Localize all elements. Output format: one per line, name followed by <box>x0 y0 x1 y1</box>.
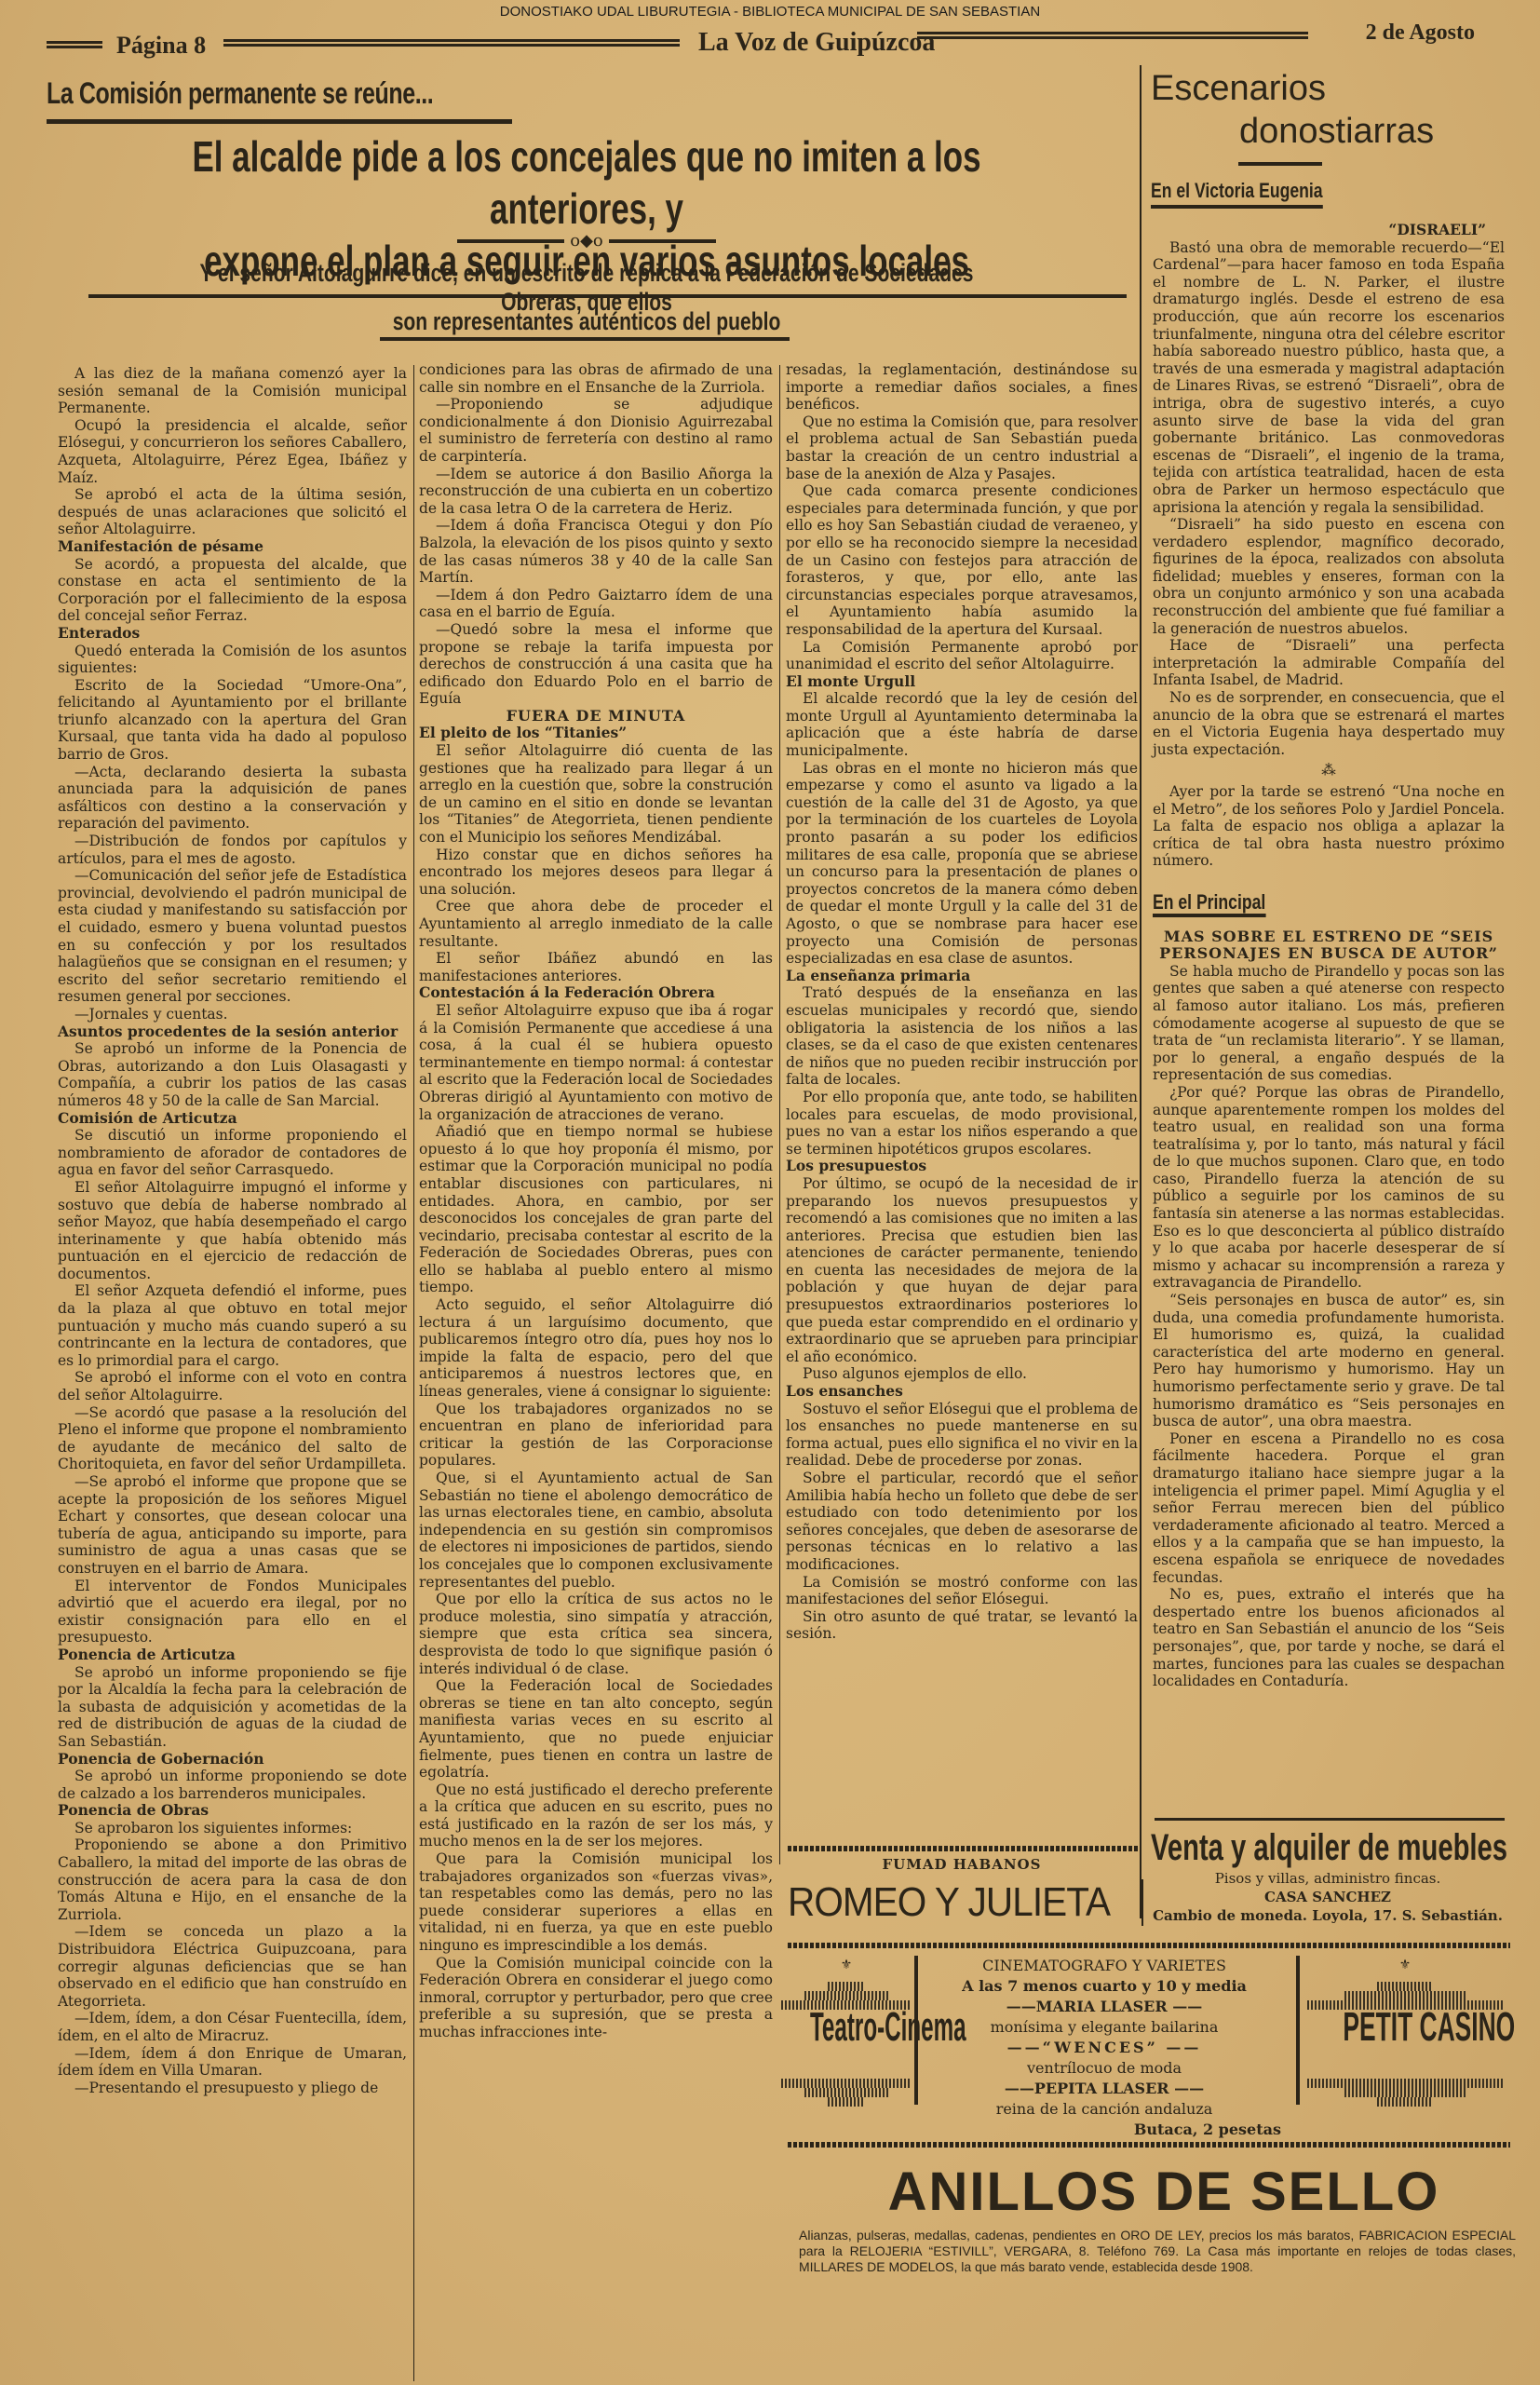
headline-line-1: El alcalde pide a los concejales que no … <box>176 130 997 235</box>
paragraph: Que los trabajadores organizados no se e… <box>419 1401 773 1470</box>
paragraph: La Comisión se mostró conforme con las m… <box>786 1574 1138 1608</box>
ornament-step <box>828 1982 865 1991</box>
paragraph: Que la Comisión municipal coincide con l… <box>419 1955 773 2041</box>
section-title-line-1: Escenarios <box>1151 67 1495 110</box>
ad-anillos-body: Alianzas, pulseras, medallas, cadenas, p… <box>799 2228 1516 2275</box>
paragraph: Sin otro asunto de qué tratar, se levant… <box>786 1608 1138 1643</box>
paragraph: Las obras en el monte no hicieron más qu… <box>786 760 1138 968</box>
ad-divider <box>1296 1956 1300 2105</box>
paragraph: Hace de “Disraeli” una perfecta interpre… <box>1153 637 1505 689</box>
section-title: Escenarios donostiarras <box>1151 67 1495 153</box>
review-title-seis-personajes: MAS SOBRE EL ESTRENO DE “SEIS PERSONAJES… <box>1153 928 1505 963</box>
act-3-name: PEPITA LLASER <box>1034 2080 1169 2097</box>
subsection-heading: La enseñanza primaria <box>786 968 1138 985</box>
ornament-step <box>781 2079 912 2088</box>
paragraph: Por ello proponía que, ante todo, se hab… <box>786 1089 1138 1158</box>
paragraph: —Jornales y cuentas. <box>58 1006 407 1023</box>
ornament-glyph: o◆o <box>570 231 603 251</box>
paragraph: El señor Altolaguirre dió cuenta de las … <box>419 742 773 847</box>
venue-heading-principal: En el Principal <box>1153 894 1265 917</box>
paragraph: Escrito de la Sociedad “Umore-Ona”, feli… <box>58 677 407 764</box>
title-rule <box>1238 162 1322 166</box>
ad-rule <box>788 1846 1138 1851</box>
program-price: Butaca, 2 pesetas <box>918 2120 1290 2140</box>
act-2-name: “WENCES” <box>1043 2039 1158 2056</box>
program-times: A las 7 menos cuarto y 10 y media <box>918 1976 1290 1997</box>
subsection-heading: Ponencia de Obras <box>58 1802 407 1820</box>
paragraph: resadas, la reglamentación, destinándose… <box>786 361 1138 413</box>
section-title-line-2: donostiarras <box>1151 110 1495 153</box>
ad-rule <box>788 1943 1510 1948</box>
program-act-3: PEPITA LLASER <box>918 2079 1290 2099</box>
subsection-heading: Contestación á la Federación Obrera <box>419 984 773 1002</box>
masthead: Página 8 La Voz de Guipúzcoa 2 de Agosto <box>47 20 1503 58</box>
paragraph: —Acta, declarando desierta la subasta an… <box>58 764 407 833</box>
paragraph: Añadió que en tiempo normal se hubiese o… <box>419 1123 773 1296</box>
subsection-heading: Los ensanches <box>786 1383 1138 1401</box>
paragraph: Que para la Comisión municipal los traba… <box>419 1850 773 1955</box>
paragraph: Que no está justificado el derecho prefe… <box>419 1782 773 1850</box>
subsection-heading: Asuntos procedentes de la sesión anterio… <box>58 1023 407 1041</box>
paragraph: El alcalde recordó que la ley de cesión … <box>786 690 1138 759</box>
review-body-disraeli: Bastó una obra de memorable recuerdo—“El… <box>1153 239 1505 759</box>
program-act-2-desc: ventrílocuo de moda <box>918 2058 1290 2079</box>
ad-petit-casino-name: PETIT CASINO <box>1343 2004 1466 2051</box>
paragraph: Sobre el particular, recordó que el seño… <box>786 1470 1138 1574</box>
paragraph: Cree que ahora debe de proceder el Ayunt… <box>419 898 773 950</box>
subsection-heading: Enterados <box>58 625 407 643</box>
paragraph: Puso algunos ejemplos de ello. <box>786 1365 1138 1383</box>
paragraph: Quedó enterada la Comisión de los asunto… <box>58 643 407 677</box>
ad-rule <box>788 2142 1510 2148</box>
ornament-step <box>828 2097 865 2107</box>
kicker-rule <box>47 119 512 124</box>
paragraph: Se acordó, a propuesta del alcalde, que … <box>58 556 407 625</box>
paragraph: Se habla mucho de Pirandello y pocas son… <box>1153 963 1505 1084</box>
paragraph: Sostuvo el señor Elósegui que el problem… <box>786 1401 1138 1470</box>
paragraph: Se aprobó el acta de la última sesión, d… <box>58 486 407 538</box>
paragraph: —Distribución de fondos por capítulos y … <box>58 833 407 867</box>
paragraph: Se aprobó un informe proponiendo se fije… <box>58 1664 407 1751</box>
paragraph: Se aprobaron los siguientes informes: <box>58 1820 407 1837</box>
issue-date: 2 de Agosto <box>1366 20 1475 46</box>
review-title-disraeli: “DISRAELI” <box>1153 222 1505 239</box>
masthead-rule <box>47 41 102 48</box>
article-column-1: A las diez de la mañana comenzó ayer la … <box>58 365 407 2096</box>
article-column-3: resadas, la reglamentación, destinándose… <box>786 361 1138 1643</box>
paragraph: —Proponiendo se adjudique condicionalmen… <box>419 396 773 465</box>
masthead-rule <box>917 32 1308 39</box>
paragraph: A las diez de la mañana comenzó ayer la … <box>58 365 407 417</box>
paragraph: Se discutió un informe proponiendo el no… <box>58 1127 407 1179</box>
subhead-rule <box>88 294 1127 298</box>
section-heading: FUERA DE MINUTA <box>419 708 773 725</box>
ornament-step <box>1307 2079 1503 2088</box>
paragraph: —Se acordó que pasase a la resolución de… <box>58 1404 407 1473</box>
column-divider <box>1140 65 1141 1918</box>
paragraph: El interventor de Fondos Municipales adv… <box>58 1578 407 1646</box>
article-kicker: La Comisión permanente se reúne... <box>47 76 433 111</box>
paragraph: Que no estima la Comisión que, para reso… <box>786 413 1138 482</box>
paragraph: Trató después de la enseñanza en las esc… <box>786 984 1138 1089</box>
ornament-step <box>804 1991 888 2000</box>
newspaper-name: La Voz de Guipúzcoa <box>698 28 935 58</box>
paragraph: Proponiendo se abone a don Primitivo Cab… <box>58 1836 407 1923</box>
paragraph: Poner en escena a Pirandello no es cosa … <box>1153 1430 1505 1586</box>
ad-teatro-cinema-name: Teatro-Cinema <box>810 2004 883 2051</box>
paragraph: —Presentando el presupuesto y pliego de <box>58 2080 407 2097</box>
fleuron-icon: ⚜ <box>841 1958 853 1972</box>
ad-venta-line-2: CASA SANCHEZ <box>1151 1888 1505 1906</box>
ad-teatro-cinema: ⚜ Teatro-Cinema <box>780 1956 912 2105</box>
ad-venta-muebles: Venta y alquiler de muebles Pisos y vill… <box>1151 1827 1505 1925</box>
paragraph: Se aprobó un informe de la Ponencia de O… <box>58 1040 407 1109</box>
program-act-1: MARIA LLASER <box>918 1997 1290 2017</box>
article-subhead-2: son representantes auténticos del pueblo <box>166 307 1008 336</box>
ad-romeo-brand: ROMEO Y JULIETA <box>788 1879 1110 1926</box>
subsection-heading: Los presupuestos <box>786 1158 1138 1175</box>
ornament-step <box>804 2088 888 2097</box>
paragraph: —Idem se conceda un plazo a la Distribui… <box>58 1923 407 2010</box>
column-divider <box>779 365 780 1864</box>
program-act-1-desc: monísima y elegante bailarina <box>918 2017 1290 2038</box>
act-1-name: MARIA LLASER <box>1036 1998 1168 2015</box>
ad-petit-casino: ⚜ PETIT CASINO <box>1302 1956 1508 2105</box>
paragraph: El señor Altolaguirre impugnó el informe… <box>58 1179 407 1283</box>
review-body-seis-personajes: Se habla mucho de Pirandello y pocas son… <box>1153 963 1505 1690</box>
subsection-heading: Ponencia de Articutza <box>58 1646 407 1664</box>
paragraph: —Quedó sobre la mesa el informe que prop… <box>419 621 773 708</box>
ad-romeo-kicker: FUMAD HABANOS <box>786 1856 1138 1873</box>
paragraph: El señor Azqueta defendió el informe, pu… <box>58 1282 407 1369</box>
paragraph: El señor Altolaguirre expuso que iba á r… <box>419 1002 773 1123</box>
paragraph: Que, si el Ayuntamiento actual de San Se… <box>419 1470 773 1591</box>
paragraph: Que por ello la crítica de sus actos no … <box>419 1591 773 1677</box>
article-column-2: condiciones para las obras de afirmado d… <box>419 361 773 2041</box>
paragraph: Por último, se ocupó de la necesidad de … <box>786 1175 1138 1366</box>
ornament-step <box>1344 1991 1466 2000</box>
paragraph: —Idem á doña Francisca Otegui y don Pío … <box>419 517 773 586</box>
paragraph: Ocupó la presidencia el alcalde, señor E… <box>58 417 407 486</box>
paragraph: No es, pues, extraño el interés que ha d… <box>1153 1586 1505 1690</box>
library-watermark: DONOSTIAKO UDAL LIBURUTEGIA - BIBLIOTECA… <box>0 4 1540 20</box>
paragraph: Bastó una obra de memorable recuerdo—“El… <box>1153 239 1505 517</box>
subsection-heading: El monte Urgull <box>786 673 1138 691</box>
paragraph: El señor Ibáñez abundó en las manifestac… <box>419 950 773 984</box>
paragraph: —Comunicación del señor jefe de Estadíst… <box>58 867 407 1006</box>
ad-venta-line-3: Cambio de moneda. Loyola, 17. S. Sebasti… <box>1151 1906 1505 1925</box>
paragraph: —Se aprobó el informe que propone que se… <box>58 1473 407 1578</box>
ad-venta-line-1: Pisos y villas, administro fincas. <box>1151 1869 1505 1888</box>
ornament-divider: o◆o <box>438 231 736 251</box>
subsection-heading: Comisión de Articutza <box>58 1110 407 1128</box>
subhead-rule <box>380 337 790 341</box>
paragraph: —Idem á don Pedro Gaiztarro ídem de una … <box>419 587 773 621</box>
ad-divider <box>1141 1879 1143 1926</box>
paragraph: ¿Por qué? Porque las obras de Pirandello… <box>1153 1084 1505 1292</box>
paragraph: Se aprobó el informe con el voto en cont… <box>58 1369 407 1403</box>
paragraph: No es de sorprender, en consecuencia, qu… <box>1153 689 1505 758</box>
asterism-icon: ⁂ <box>1153 762 1505 779</box>
ad-cinematografo-program: CINEMATOGRAFO Y VARIETES A las 7 menos c… <box>918 1956 1290 2140</box>
paragraph: “Disraeli” ha sido puesto en escena con … <box>1153 516 1505 637</box>
venue-heading-victoria-eugenia: En el Victoria Eugenia <box>1151 179 1323 209</box>
paragraph: Se aprobó un informe proponiendo se dote… <box>58 1768 407 1802</box>
sidebar-column: “DISRAELI” Bastó una obra de memorable r… <box>1153 222 1505 1690</box>
paragraph: —Idem, ídem á don Enrique de Umaran, íde… <box>58 2045 407 2080</box>
masthead-rule <box>223 39 680 47</box>
paragraph: Acto seguido, el señor Altolaguirre dió … <box>419 1296 773 1401</box>
paragraph: —Idem, ídem, a don César Fuentecilla, íd… <box>58 2010 407 2044</box>
fleuron-icon: ⚜ <box>1399 1958 1412 1972</box>
paragraph: Hizo constar que en dichos señores ha en… <box>419 847 773 899</box>
paragraph: “Seis personajes en busca de autor” es, … <box>1153 1292 1505 1430</box>
subsection-heading: Manifestación de pésame <box>58 538 407 556</box>
paragraph: —Idem se autorice á don Basilio Añorga l… <box>419 466 773 518</box>
program-act-3-desc: reina de la canción andaluza <box>918 2099 1290 2120</box>
ad-anillos-title: ANILLOS DE SELLO <box>810 2161 1518 2223</box>
paragraph: Que la Federación local de Sociedades ob… <box>419 1677 773 1782</box>
ad-rule <box>1155 1818 1505 1821</box>
paragraph: Que cada comarca presente condiciones es… <box>786 482 1138 638</box>
page-number: Página 8 <box>116 32 206 60</box>
paragraph: La Comisión Permanente aprobó por unanim… <box>786 639 1138 673</box>
program-act-2: “WENCES” <box>918 2038 1290 2058</box>
ornament-step <box>1377 1982 1433 1991</box>
ornament-step <box>1344 2088 1466 2097</box>
ornament-step <box>1377 2097 1433 2107</box>
program-title: CINEMATOGRAFO Y VARIETES <box>918 1956 1290 1976</box>
paragraph: condiciones para las obras de afirmado d… <box>419 361 773 396</box>
subsection-heading: El pleito de los “Titanies” <box>419 725 773 742</box>
review-note: Ayer por la tarde se estrenó “Una noche … <box>1153 783 1505 870</box>
ad-venta-title: Venta y alquiler de muebles <box>1151 1827 1409 1869</box>
column-divider <box>413 365 414 2381</box>
subsection-heading: Ponencia de Gobernación <box>58 1751 407 1768</box>
